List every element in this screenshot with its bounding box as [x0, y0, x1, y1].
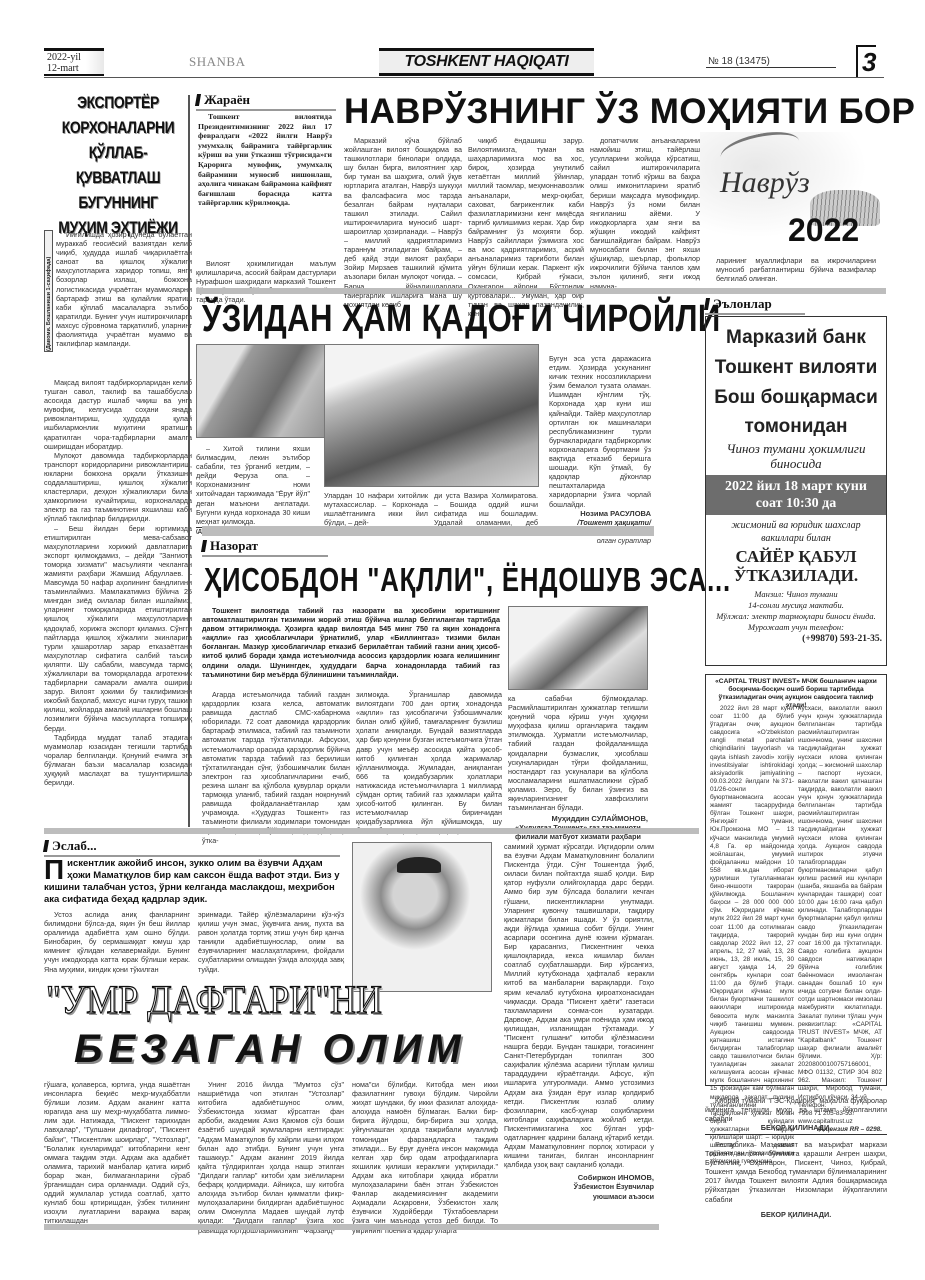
navruz-lead: Тошкент вилоятида Президентимизнинг 2022… — [198, 112, 332, 208]
export-body-cont: Мақсад вилоят тадбиркорларидан келиб туш… — [44, 378, 192, 787]
bank-ad-event-1: САЙЁР ҚАБУЛ — [706, 547, 886, 566]
navruz-article: Жараён Тошкент вилоятида Президентимизни… — [196, 92, 886, 282]
masthead: 2022-yil 12-mart SHANBA TOSHKENT HAQIQAT… — [44, 48, 884, 78]
gas-lead: Тошкент вилоятида табиий газ назорати ва… — [202, 606, 500, 679]
notice-divider — [705, 1134, 887, 1135]
navruz-script: Наврўз — [720, 166, 810, 200]
factory-photo-workers — [324, 344, 539, 487]
notice-status: БЕКОР ҚИЛИНАДИ. — [705, 1123, 887, 1132]
rubric-eslab: Эслаб... — [44, 838, 340, 857]
continued-note: (Давоми. Бошланиши 1-саҳифада) — [44, 230, 53, 352]
page-number: 3 — [856, 45, 876, 77]
section-divider — [44, 1224, 659, 1230]
factory-photo-operator — [196, 344, 338, 438]
bank-ad-title-1: Марказий банк — [706, 323, 886, 353]
gas-author: Муҳиддин СУЛАЙМОНОВ, — [508, 814, 648, 823]
issue-number: № 18 (13475) — [706, 56, 836, 68]
gas-headline: ҲИСОБДОН "АҚЛЛИ", ЁНДОШУВ ЭСА... — [204, 560, 731, 600]
skullcap-icon — [397, 857, 441, 873]
olim-author-title-1: Ўзбекистон Ёзувчилар — [504, 1182, 654, 1191]
bank-ad-date: 2022 йил 18 март куни соат 10:30 да — [706, 475, 886, 515]
qadoq-mid-col1: Улардан 10 нафари хитойлик мутахассислар… — [324, 491, 428, 527]
gas-col1: Агарда истеъмолчида табиий газдан қарздо… — [202, 690, 350, 845]
bank-ad-participants: жисмоний ва юридик шахслар вакиллари бил… — [706, 515, 886, 547]
olim-article: Эслаб... П искентлик ажойиб инсон, зукко… — [44, 838, 699, 1238]
rubric-jarayon: Жараён — [196, 92, 336, 111]
olim-lower-col1: гўшага, қолаверса, юртига, унда яшаётган… — [44, 1080, 190, 1226]
bank-ad: Марказий банк Тошкент вилояти Бош бошқар… — [705, 316, 887, 666]
weekday: SHANBA — [189, 54, 245, 70]
olim-upper-col1: Устоз аслида аниқ фанларнинг билимдони б… — [44, 910, 190, 974]
bank-ad-title-2: Тошкент вилояти — [706, 353, 886, 383]
qadoq-article: ЎЗИДАН ҲАМ ҚАДОҒИ ЧИРОЙЛИ – Хитой тилини… — [196, 296, 701, 536]
navruz-year: 2022 — [788, 212, 859, 249]
bank-ad-title-3: Бош бошқармаси — [706, 383, 886, 413]
gas-meter-photo — [508, 606, 648, 690]
notice-status: БЕКОР ҚИЛИНАДИ. — [705, 1210, 887, 1219]
notice-seal-lost: Қибрай тумани "ГЭС-Қодирия" маҳалла фуқа… — [705, 1096, 887, 1132]
export-article: ЭКСПОРТЁР КОРХОНАЛАРНИ ҚЎЛЛАБ-ҚУВВАТЛАШ … — [44, 90, 192, 835]
olim-headline-bottom: БЕЗАГАН ОЛИМ — [74, 1026, 467, 1072]
bank-ad-title-4: томонидан — [706, 413, 886, 441]
column-divider — [188, 95, 190, 827]
export-headline: ЭКСПОРТЁР КОРХОНАЛАРНИ ҚЎЛЛАБ-ҚУВВАТЛАШ … — [57, 90, 178, 220]
gas-col2: зилмоқда. Ўрганишлар давомида вилоятдаги… — [356, 690, 502, 836]
olim-portrait-photo — [352, 842, 492, 992]
section-divider — [202, 526, 654, 536]
rubric-nazorat: Назорат — [202, 538, 328, 557]
auction-col2: нусхаси, ваколатли вакил учун қонун ҳужж… — [798, 705, 882, 1134]
olim-author-title-2: уюшмаси аъзоси — [504, 1192, 654, 1201]
navruz-col4: допатчилик анъаналарини намойиш этиш, та… — [590, 136, 700, 291]
section-divider — [44, 828, 699, 834]
bank-ad-phone: (+99870) 593-21-35. — [706, 633, 886, 646]
navruz-col2: Марказий кўча бўйлаб жойлашган вилоят бо… — [344, 136, 462, 309]
dropcap: П — [44, 858, 64, 882]
export-body: Йиғилишда ҳозир дунёда бўлаётган муракка… — [56, 230, 192, 348]
olim-headline-top: "УМР ДАФТАРИ"НИ — [46, 978, 382, 1022]
rubric-bar-icon — [201, 540, 207, 552]
rubric-elonlar: Эълонлар — [705, 296, 805, 315]
qadoq-author: Нозима РАСУЛОВА — [549, 509, 651, 518]
qadoq-caption-left: – Хитой тилини яхши билмасдим, лекин эът… — [196, 444, 310, 537]
qadoq-right-col: Бугун эса уста даражасига етдим. Ҳозирда… — [549, 354, 651, 545]
qadoq-headline: ЎЗИДАН ҲАМ ҚАДОҒИ ЧИРОЙЛИ — [202, 296, 721, 342]
rubric-bar-icon — [195, 94, 201, 106]
navruz-headline: НАВРЎЗНИНГ ЎЗ МОҲИЯТИ БОР — [344, 92, 915, 132]
section-divider — [196, 288, 886, 294]
olim-author: Собиржон ИНОМОВ, — [504, 1173, 654, 1182]
gas-article: Назорат ҲИСОБДОН "АҚЛЛИ", ЁНДОШУВ ЭСА...… — [202, 538, 657, 828]
olim-lead: П искентлик ажойиб инсон, зукко олим ва … — [44, 858, 344, 906]
bank-ad-landmark: Мўлжал: электр тармоқлари биноси ёнида. — [706, 611, 886, 622]
newspaper-title: TOSHKENT HAQIQATI — [379, 48, 594, 76]
bank-ad-location: Чиноз тумани ҳокимлиги биносида — [706, 441, 886, 471]
olim-lower-col3: нома"си бўлибди. Китобда мен икки фазила… — [352, 1080, 498, 1235]
olim-right-col: самимий ҳурмат кўрсатди. Иқтидорли олим … — [504, 842, 654, 1201]
bank-ad-phone-label: Мурожаат учун телефон: — [706, 622, 886, 633]
olim-lower-col2: Унинг 2016 йилда "Мумтоз сўз" нашриётида… — [198, 1080, 344, 1235]
issue-date: 2022-yil 12-mart — [44, 48, 104, 76]
bank-ad-event-2: ЎТКАЗИЛАДИ. — [706, 566, 886, 585]
auction-ad: «CAPITAL TRUST INVEST» МЧЖ бошланғич нар… — [705, 674, 887, 1086]
rubric-bar-icon — [43, 840, 49, 852]
ads-column: Эълонлар Марказий банк Тошкент вилояти Б… — [705, 296, 887, 1256]
olim-upper-col2: эринмади. Тайёр қўлёзмаларини кўз-кўз қи… — [198, 910, 344, 974]
notice-statutes-lost: Республика Маънавият ва маърифат маркази… — [705, 1140, 887, 1219]
rubric-bar-icon — [704, 298, 710, 310]
navruz-illustration: Наврўз 2022 — [700, 132, 886, 250]
bank-ad-address-1: Манзил: Чиноз тумани — [706, 589, 886, 600]
navruz-col5: ларининг муаллифлари ва ижрочиларини мун… — [716, 256, 876, 283]
bank-ad-address-2: 14-сонли мусиқа мактаби. — [706, 600, 886, 611]
gas-col3: ка сабабчи бўлмоқдалар. Расмийлаштирилга… — [508, 694, 648, 842]
